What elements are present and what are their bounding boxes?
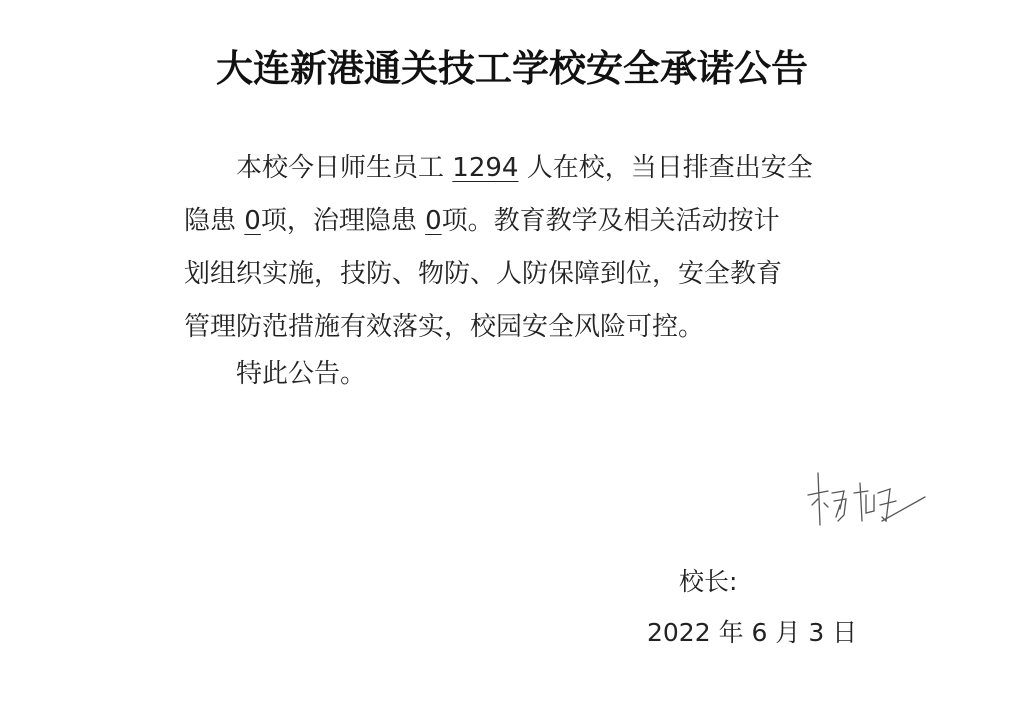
signer-role-label: 校长: <box>679 562 737 598</box>
body-line-1: 本校今日师生员工 1294 人在校，当日排查出安全 <box>184 142 874 195</box>
hazards-fixed-count: 0 <box>425 206 442 236</box>
body-line-4: 管理防范措施有效落实，校园安全风险可控。 <box>184 301 874 354</box>
body-text: 项，治理隐患 <box>261 206 417 236</box>
body-line-2: 隐患 0项，治理隐患 0项。教育教学及相关活动按计 <box>184 195 874 248</box>
body-text: 人在校，当日排查出安全 <box>527 153 813 183</box>
announcement-body: 本校今日师生员工 1294 人在校，当日排查出安全 隐患 0项，治理隐患 0项。… <box>184 142 874 354</box>
staff-count: 1294 <box>452 153 518 183</box>
announcement-title: 大连新港通关技工学校安全承诺公告 <box>0 38 1024 92</box>
handwritten-signature <box>800 465 930 535</box>
closing-paragraph: 特此公告。 <box>184 348 874 401</box>
hazards-found-count: 0 <box>244 206 261 236</box>
body-text: 本校今日师生员工 <box>236 153 444 183</box>
body-text: 项。教育教学及相关活动按计 <box>442 206 780 236</box>
closing-text: 特此公告。 <box>184 348 874 401</box>
announcement-date: 2022 年 6 月 3 日 <box>647 613 857 649</box>
body-line-3: 划组织实施，技防、物防、人防保障到位，安全教育 <box>184 248 874 301</box>
body-text: 隐患 <box>184 206 236 236</box>
